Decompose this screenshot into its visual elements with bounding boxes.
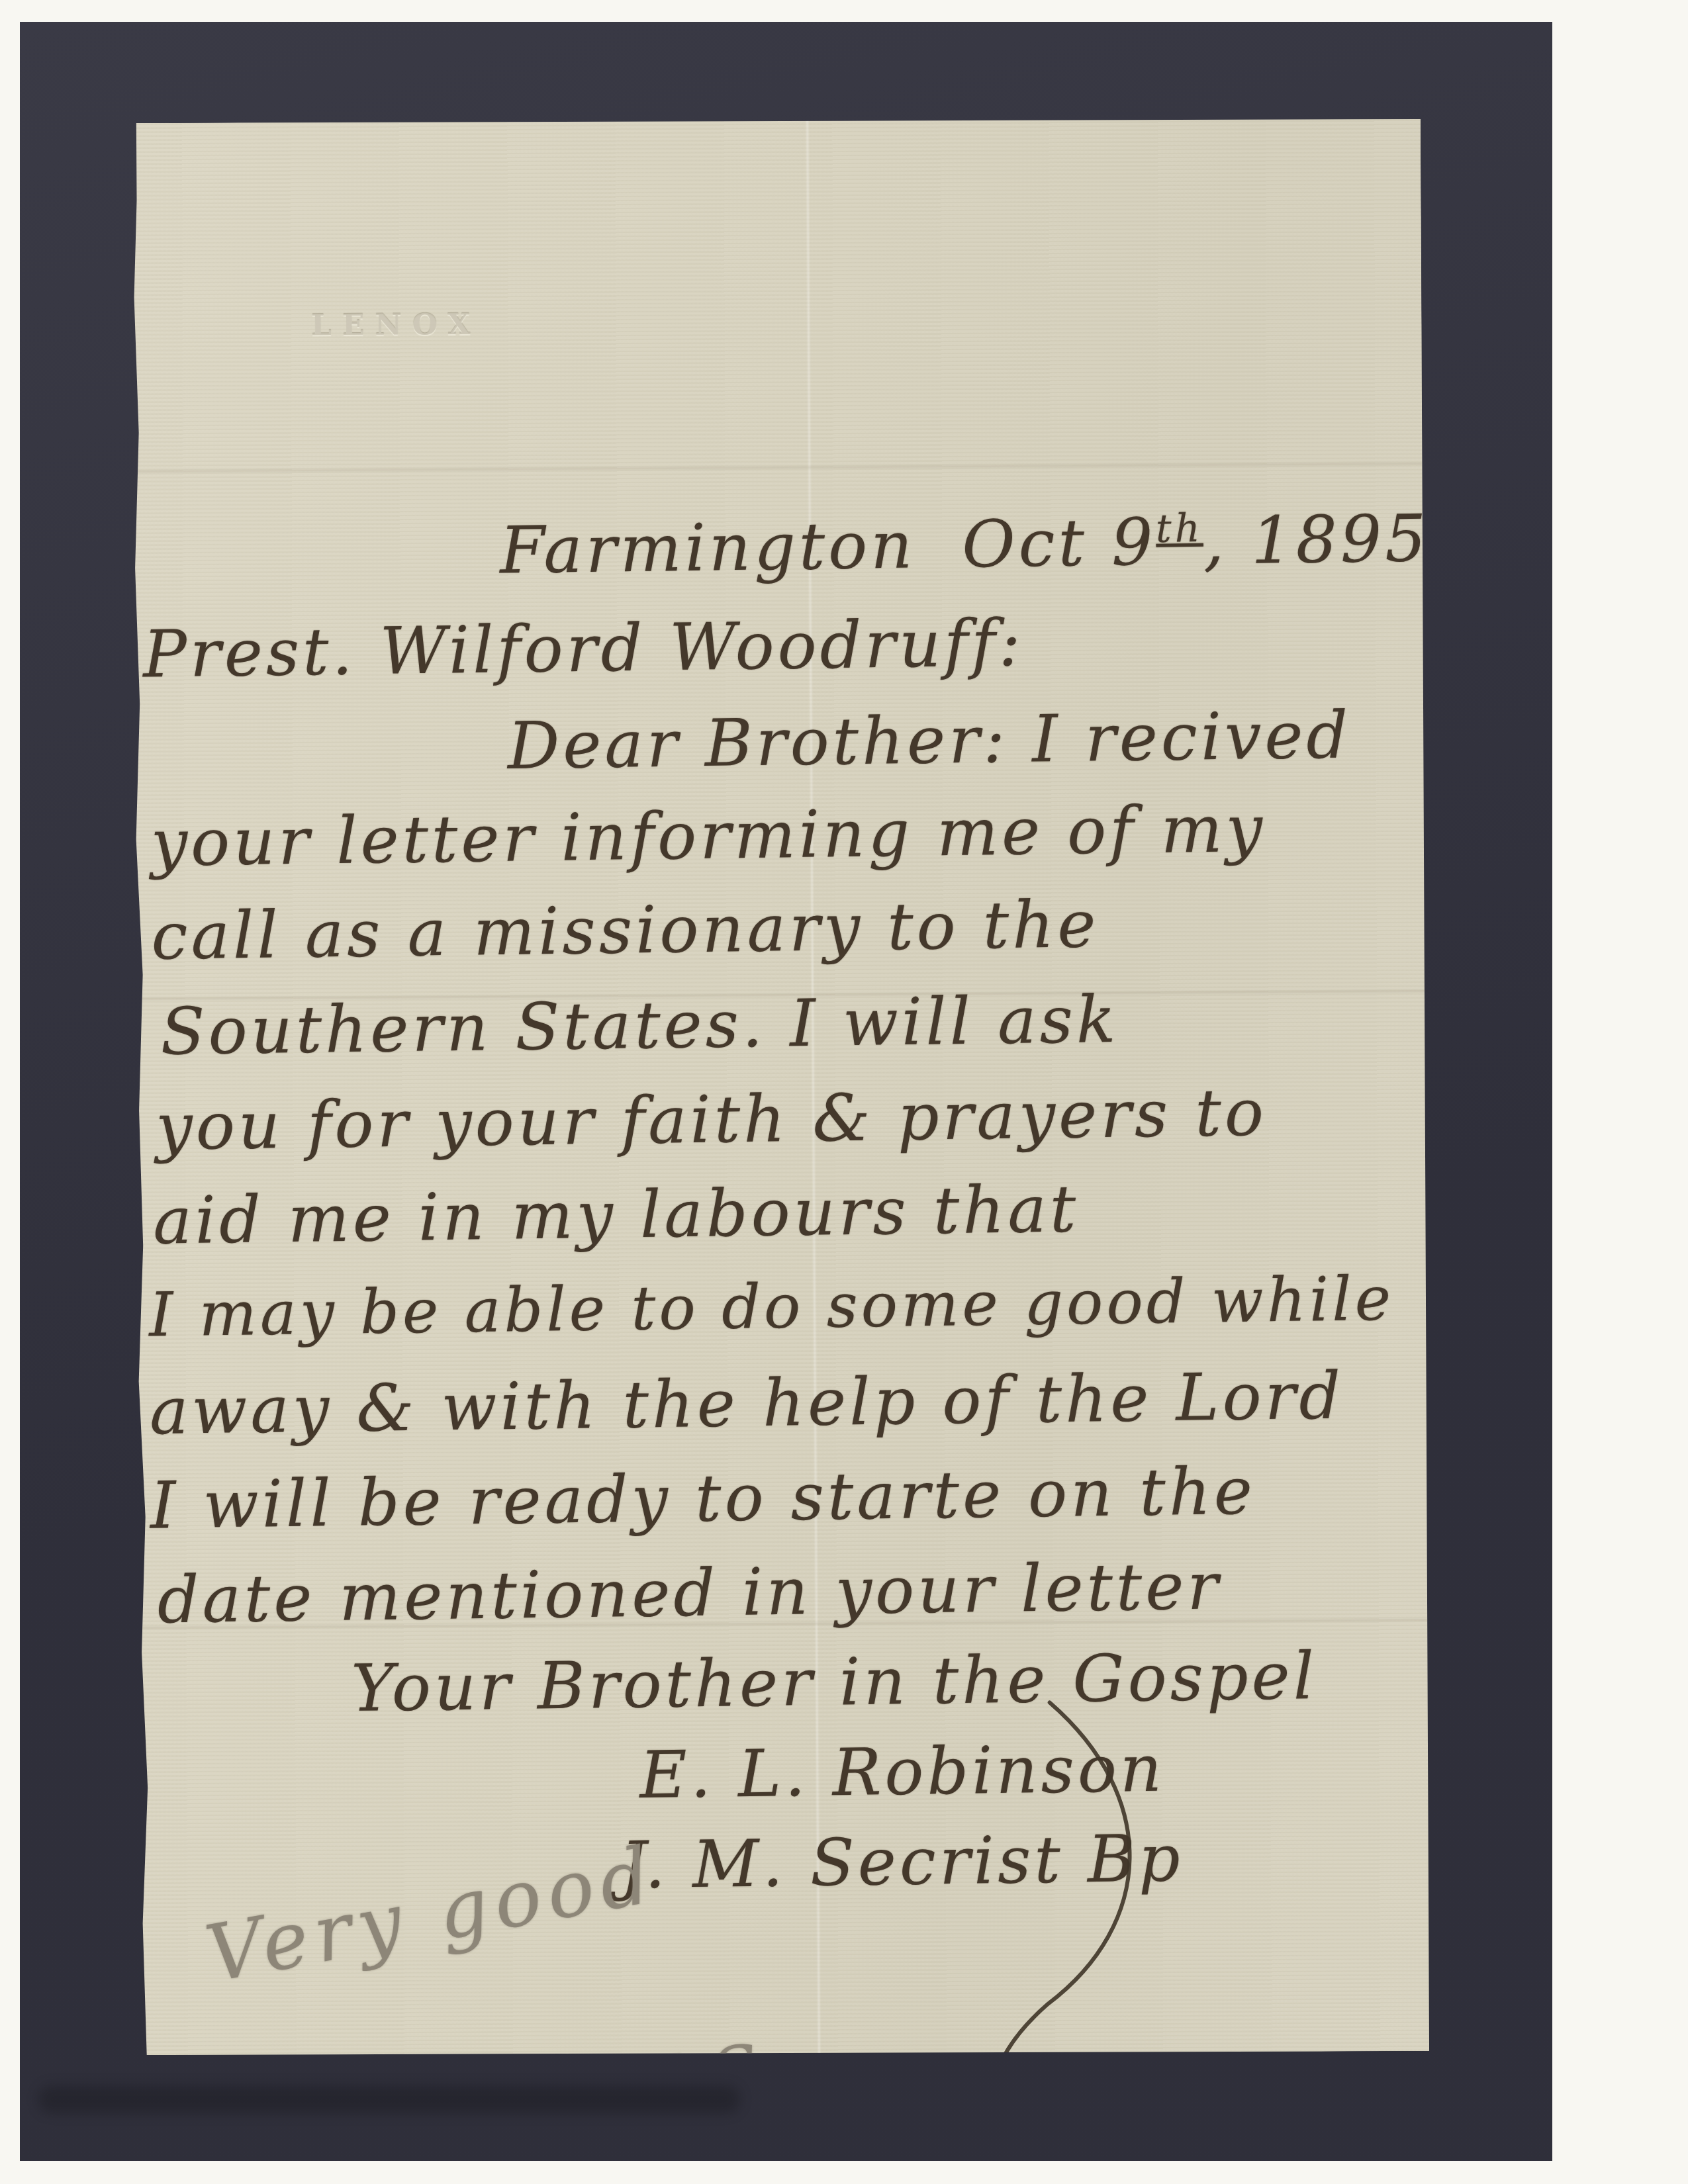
address-line: Prest. Wilford Woodruff:: [142, 606, 1024, 692]
heading-gap: [916, 567, 962, 567]
mat-smudge: [38, 2085, 740, 2113]
closing-line: Your Brother in the Gospel: [351, 1639, 1318, 1727]
heading-date: Oct 9th, 1895,: [962, 501, 1454, 583]
body-line-7: away & with the help of the Lord: [149, 1359, 1344, 1450]
scanned-letter-page: LENOX FarmingtonOct 9th, 1895, Prest. Wi…: [0, 0, 1688, 2184]
opening-line: Dear Brother: I recived: [507, 698, 1352, 784]
body-line-3: Southern States. I will ask: [160, 982, 1119, 1070]
body-line-4: you for your faith & prayers to: [156, 1075, 1268, 1165]
flourish-stroke: [881, 1698, 1168, 2071]
body-line-1: your letter informing me of my: [150, 792, 1266, 882]
heading-line: FarmingtonOct 9th, 1895,: [499, 501, 1454, 589]
heading-date-main: Oct 9: [962, 505, 1157, 583]
body-line-5: aid me in my labours that: [152, 1171, 1079, 1259]
pencil-annotation-very-good: Very good: [199, 1829, 664, 2000]
letter-paper: LENOX FarmingtonOct 9th, 1895, Prest. Wi…: [130, 115, 1432, 2059]
mat-background: LENOX FarmingtonOct 9th, 1895, Prest. Wi…: [20, 22, 1552, 2161]
fold-crease-horizontal: [132, 463, 1423, 473]
heading-place: Farmington: [499, 508, 916, 588]
pencil-annotation-initials: J.F.S.: [567, 2023, 802, 2136]
heading-date-year: , 1895,: [1203, 501, 1454, 580]
body-line-2: call as a missionary to the: [151, 887, 1100, 975]
body-line-8: I will be ready to starte on the: [150, 1454, 1256, 1544]
heading-date-ordinal: th: [1156, 505, 1203, 551]
body-line-9: date mentioned in your letter: [157, 1549, 1222, 1638]
body-line-6: I may be able to do some good while: [148, 1263, 1394, 1351]
embossed-stationery-stamp: LENOX: [311, 308, 481, 343]
